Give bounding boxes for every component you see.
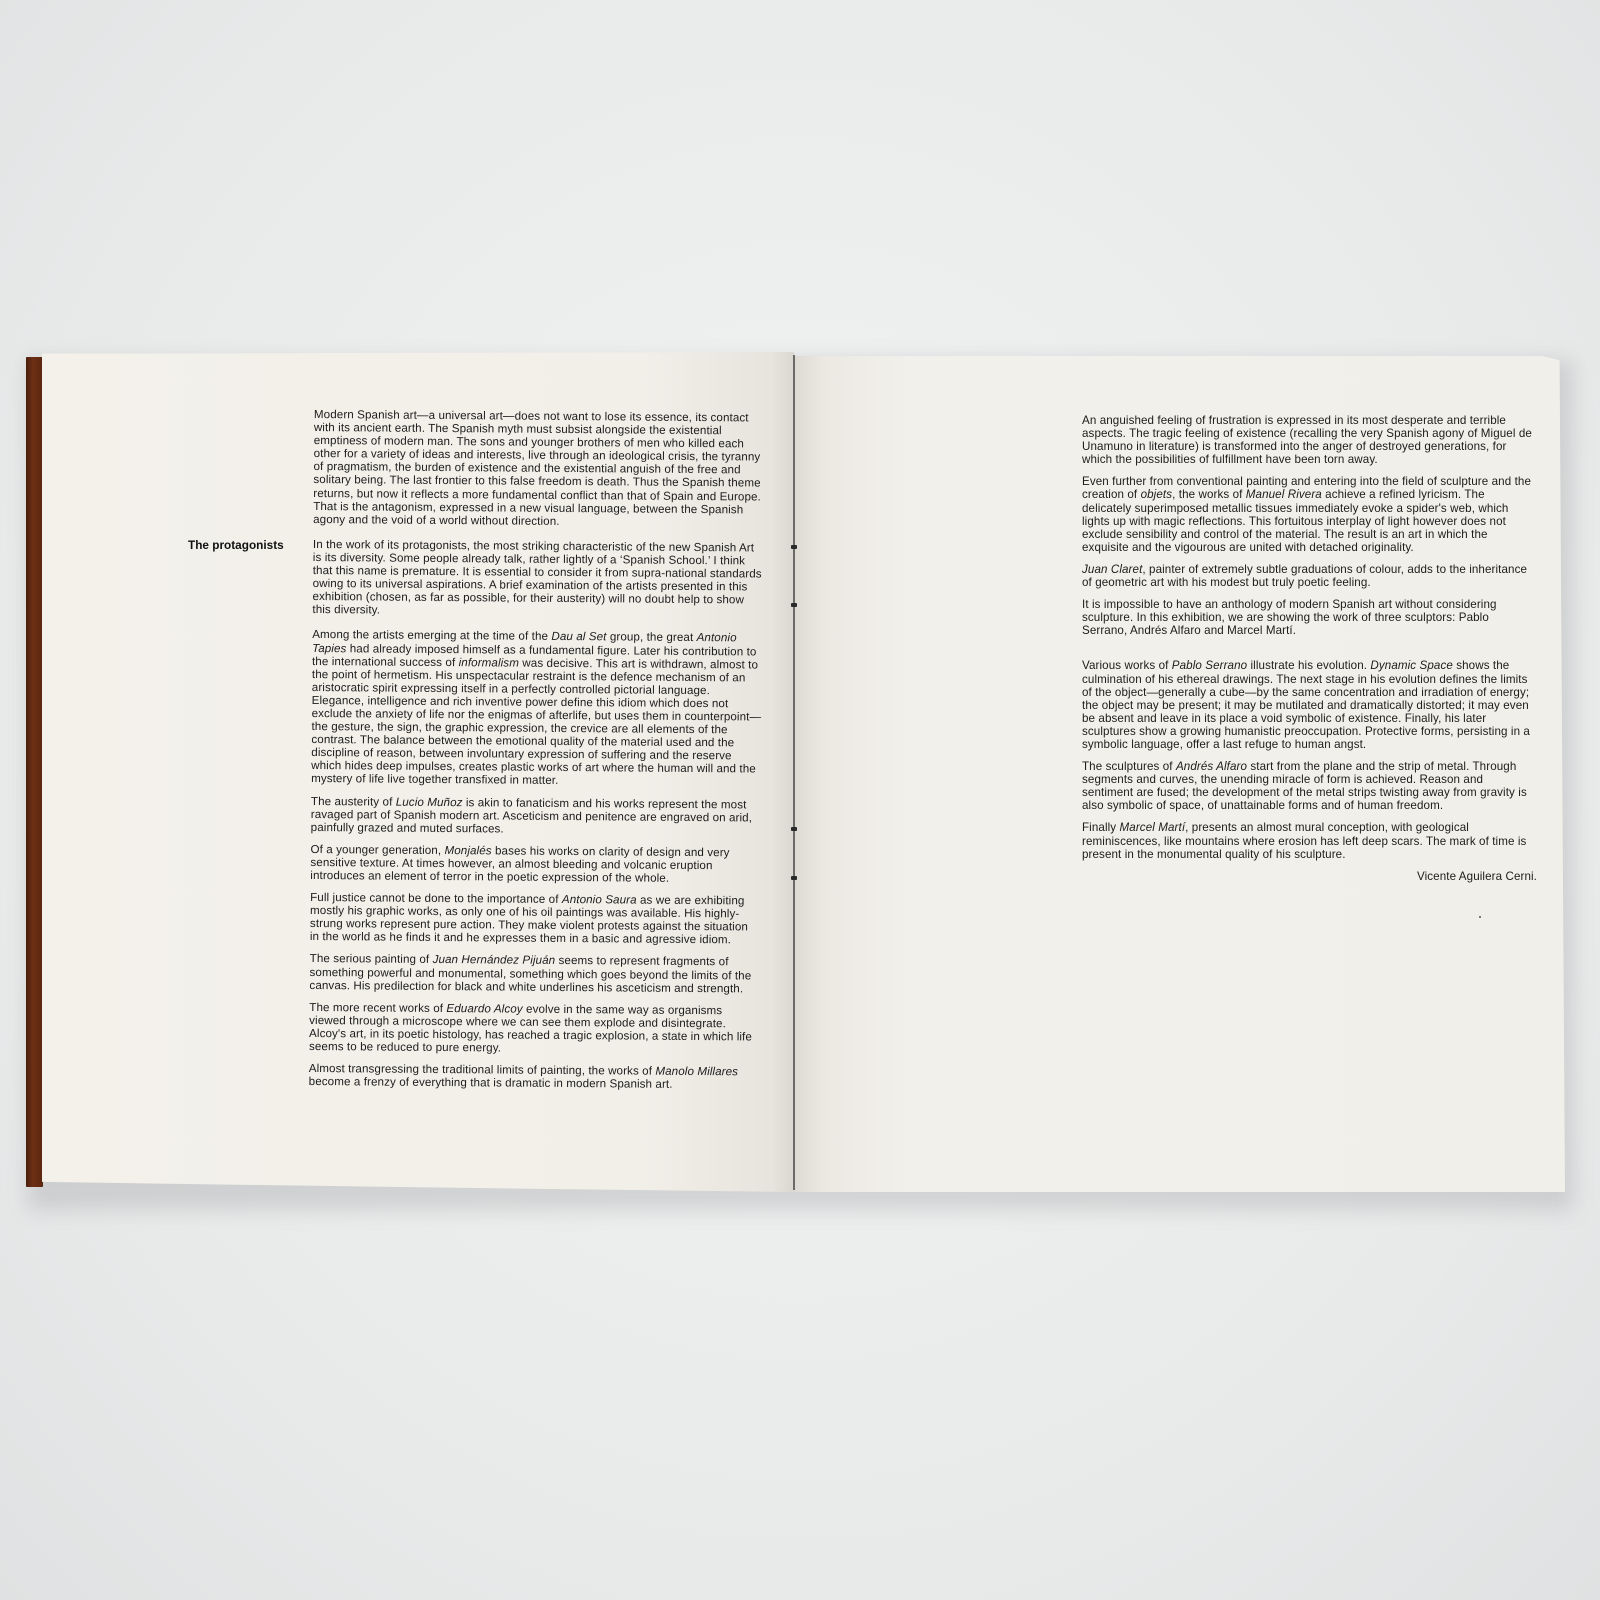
paragraph: The sculptures of Andrés Alfaro start fr… <box>1082 760 1537 812</box>
right-page-text: An anguished feeling of frustration is e… <box>1082 414 1537 892</box>
paragraph: Finally Marcel Martí, presents an almost… <box>1082 821 1537 860</box>
paragraph: Among the artists emerging at the time o… <box>311 628 762 789</box>
paragraph: It is impossible to have an anthology of… <box>1082 598 1537 637</box>
paragraph: The austerity of Lucio Muñoz is akin to … <box>311 795 761 838</box>
intro-paragraph: Modern Spanish art—a universal art—does … <box>313 408 764 529</box>
cover-edge <box>26 357 43 1187</box>
paragraph: Even further from conventional painting … <box>1082 475 1537 554</box>
left-page-text: Modern Spanish art—a universal art—does … <box>309 408 764 1101</box>
paragraph: In the work of its protagonists, the mos… <box>312 538 763 620</box>
paragraph: An anguished feeling of frustration is e… <box>1082 414 1537 466</box>
staple-mark <box>791 603 797 607</box>
staple-mark <box>791 876 797 880</box>
staple-mark <box>791 545 797 549</box>
paragraph: The more recent works of Eduardo Alcoy e… <box>309 1001 759 1057</box>
paragraph: The serious painting of Juan Hernández P… <box>309 952 759 995</box>
paragraph: Full justice cannot be done to the impor… <box>310 891 760 947</box>
section-heading: The protagonists <box>188 538 284 552</box>
paragraph: Almost transgressing the traditional lim… <box>309 1062 759 1092</box>
staple-mark <box>791 827 797 831</box>
gutter-fold <box>793 355 795 1190</box>
author-signature: Vicente Aguilera Cerni. <box>1082 870 1537 883</box>
paragraph: Of a younger generation, Monjalés bases … <box>310 843 760 886</box>
paper-speck <box>1479 916 1481 918</box>
paragraph: Juan Claret, painter of extremely subtle… <box>1082 563 1537 589</box>
paragraph: Various works of Pablo Serrano illustrat… <box>1082 659 1537 751</box>
